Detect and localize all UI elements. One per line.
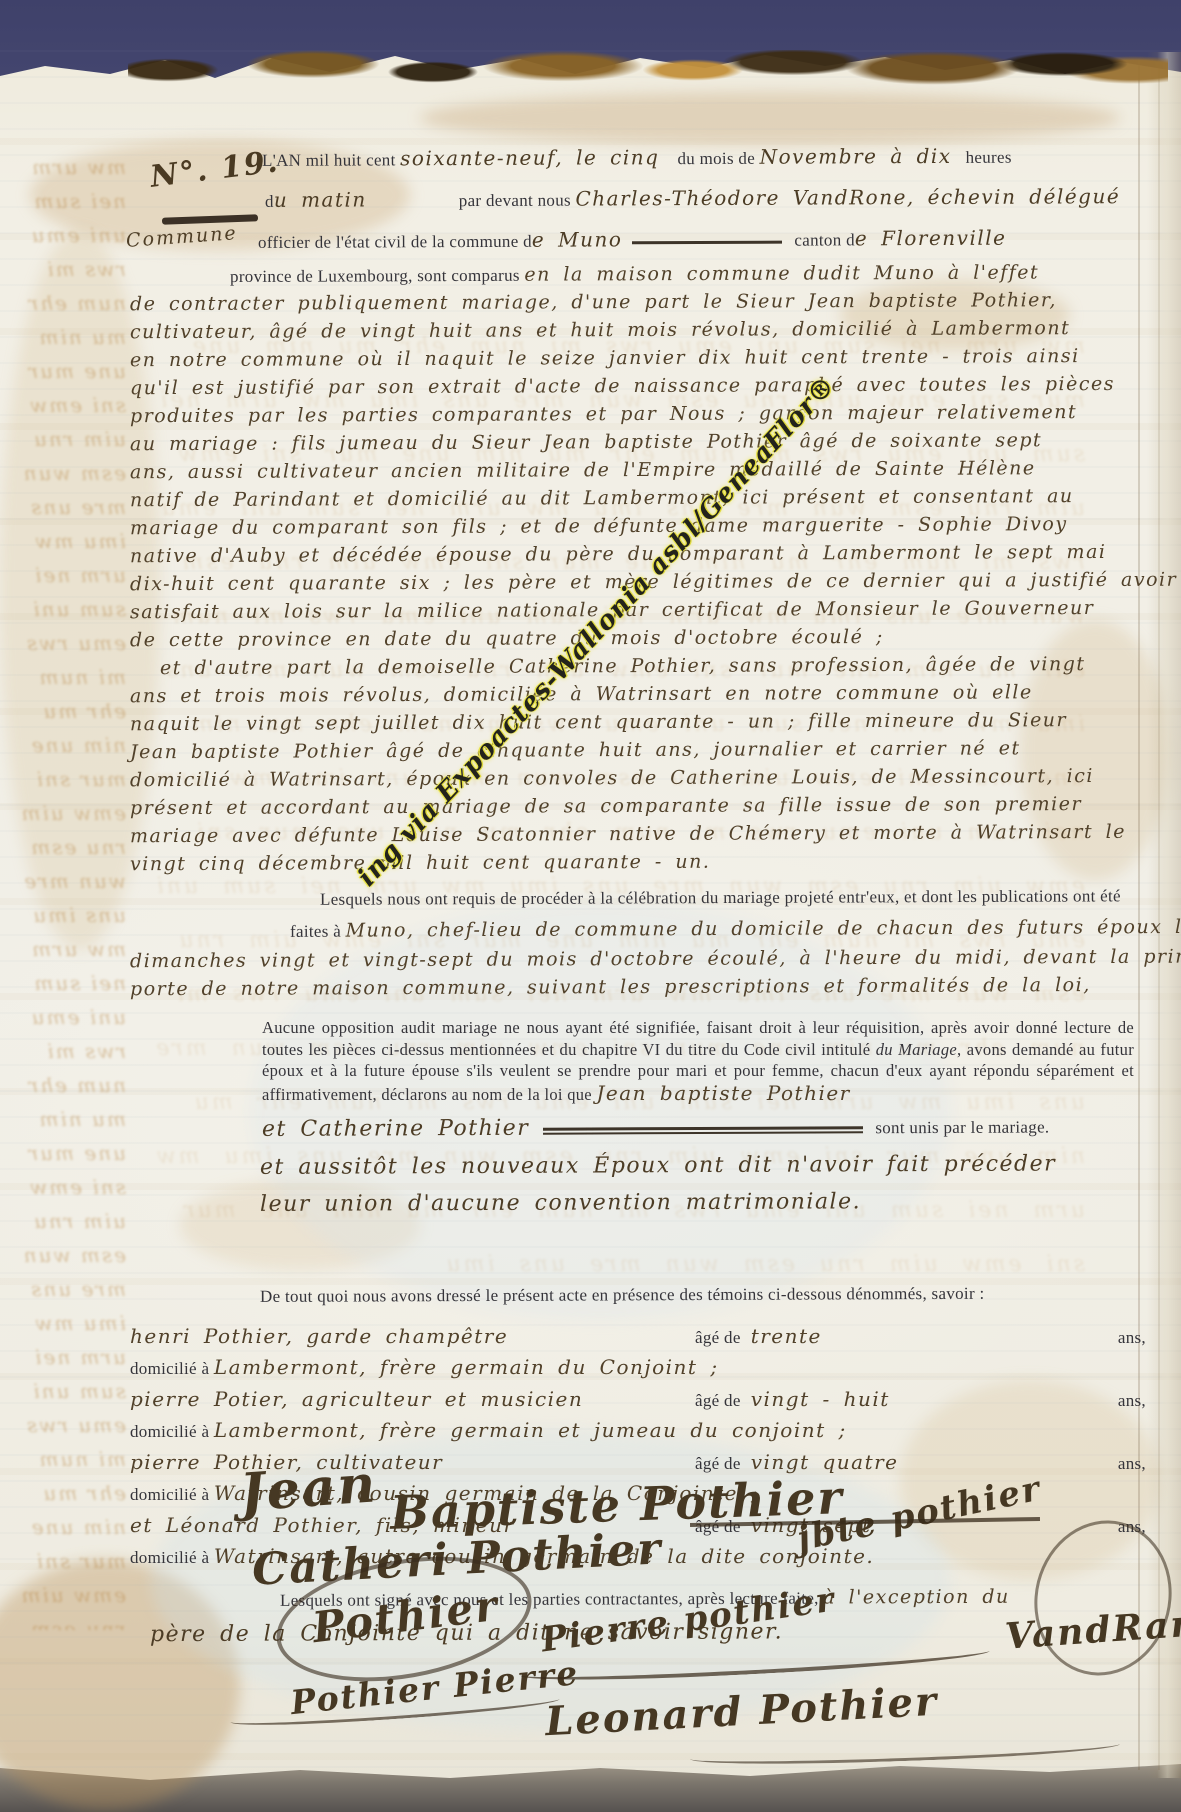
act-line: de contracter publiquement mariage, d'un… (130, 287, 1146, 319)
act-line: ans, aussi cultivateur ancien militaire … (130, 455, 1146, 487)
witness-age: trente (751, 1321, 1118, 1351)
handwritten-text: et d'autre part la demoiselle Catherine … (160, 653, 1086, 679)
handwritten-text: ans, aussi cultivateur ancien militaire … (130, 457, 1036, 483)
handwritten-text: cultivateur, âgé de vingt huit ans et hu… (130, 317, 1070, 343)
handwritten-text: Novembre à dix (760, 144, 952, 169)
handwritten-text: vingt cinq décembre mil huit cent quaran… (130, 851, 710, 876)
handwritten-text: de cette province en date du quatre du m… (130, 626, 884, 651)
handwritten-text: Charles-Théodore VandRone, échevin délég… (575, 184, 1120, 210)
domicile-label: domicilié à (130, 1359, 214, 1378)
handwritten-text: produites par les parties comparantes et… (130, 401, 1077, 427)
ans-label: ans, (1118, 1386, 1146, 1416)
witness-age: vingt - huit (751, 1384, 1118, 1414)
printed-rule (632, 240, 782, 244)
domicile-label: domicilié à (130, 1548, 214, 1567)
act-line: cultivateur, âgé de vingt huit ans et hu… (130, 315, 1146, 347)
act-line: De tout quoi nous avons dressé le présen… (260, 1278, 1146, 1313)
handwritten-text: en notre commune où il naquit le seize j… (130, 345, 1080, 371)
act-line: L'AN mil huit cent soixante-neuf, le cin… (262, 136, 1146, 181)
printed-text: sont unis par le mariage. (875, 1118, 1049, 1138)
witness-domicile: Lambermont, frère germain du Conjoint ; (214, 1355, 719, 1379)
handwritten-text: domicilié à Watrinsart, époux en convole… (130, 765, 1094, 791)
act-lines-top: L'AN mil huit cent soixante-neuf, le cin… (130, 138, 1146, 1311)
domicile-label: domicilié à (130, 1422, 214, 1441)
printed-text: par devant nous (459, 191, 576, 211)
witness-line: pierre Potier, agriculteur et musicienâg… (130, 1384, 1146, 1416)
act-line: en notre commune où il naquit le seize j… (130, 343, 1146, 375)
printed-text: L'AN mil huit cent (262, 150, 400, 170)
act-line: Jean baptiste Pothier âgé de cinquante h… (130, 735, 1146, 767)
handwritten-text: natif de Parindant et domicilié au dit L… (130, 485, 1074, 511)
witness-domicile-line: domicilié à Lambermont, frère germain du… (130, 1353, 1146, 1384)
act-line: et aussitôt les nouveaux Époux ont dit n… (260, 1146, 1146, 1187)
act-line: dimanches vingt et vingt-sept du mois d'… (130, 944, 1146, 976)
act-line: natif de Parindant et domicilié au dit L… (130, 483, 1146, 515)
act-line: province de Luxembourg, sont comparus en… (230, 259, 1146, 291)
handwritten-text: qu'il est justifié par son extrait d'act… (130, 373, 1115, 399)
handwritten-text: Jean baptiste Pothier (596, 1081, 850, 1105)
printed-text: faites à (290, 922, 346, 941)
act-line: Lesquels nous ont requis de procéder à l… (320, 881, 1146, 916)
handwritten-text: mariage du comparant son fils ; et de dé… (130, 513, 1068, 539)
printed-text: De tout quoi nous avons dressé le présen… (260, 1284, 985, 1306)
ans-label: ans, (1118, 1449, 1146, 1479)
act-line: porte de notre maison commune, suivant l… (130, 972, 1146, 1004)
age-label: âgé de (695, 1323, 741, 1353)
handwritten-text: soixante-neuf, le cinq (400, 145, 659, 170)
act-line: Aucune opposition audit mariage ne nous … (262, 1018, 1134, 1106)
act-line: faites à Muno, chef-lieu de commune du d… (290, 912, 1146, 948)
witness-domicile-line: domicilié à Lambermont, frère germain et… (130, 1416, 1146, 1447)
printed-text: d (265, 192, 274, 211)
act-line: qu'il est justifié par son extrait d'act… (130, 371, 1146, 403)
printed-text: province de Luxembourg, sont comparus (230, 266, 524, 286)
witness-name-occupation: pierre Potier, agriculteur et musicien (130, 1384, 695, 1414)
witness-line: henri Pothier, garde champêtreâgé detren… (130, 1321, 1146, 1353)
act-line: mariage du comparant son fils ; et de dé… (130, 511, 1146, 543)
act-line: leur union d'aucune convention matrimoni… (260, 1183, 1146, 1224)
act-line: mariage avec défunte Louise Scatonnier n… (130, 819, 1146, 851)
handwritten-text: en la maison commune dudit Muno à l'effe… (524, 261, 1039, 285)
document-scan: mw urm nei sum uni emu rws mi num ehr mu… (0, 0, 1181, 1812)
handwritten-text: et aussitôt les nouveaux Époux ont dit n… (260, 1152, 1056, 1180)
handwritten-text: de contracter publiquement mariage, d'un… (130, 289, 1057, 315)
handwritten-text: u matin (274, 187, 367, 211)
handwritten-text: mariage avec défunte Louise Scatonnier n… (130, 821, 1126, 847)
witness-domicile: Lambermont, frère germain et jumeau du c… (214, 1418, 847, 1442)
act-line: et Catherine Pothiersont unis par le mar… (262, 1108, 1146, 1150)
fold-line (1158, 60, 1160, 1770)
act-line: présent et accordant au mariage de sa co… (130, 791, 1146, 823)
act-line: produites par les parties comparantes et… (130, 399, 1146, 431)
act-line: domicilié à Watrinsart, époux en convole… (130, 763, 1146, 795)
domicile-label: domicilié à (130, 1485, 214, 1504)
ans-label: ans, (1118, 1323, 1146, 1353)
act-line: au mariage : fils jumeau du Sieur Jean b… (130, 427, 1146, 459)
handwritten-text: e Muno (532, 227, 623, 251)
act-line: du matinpar devant nous Charles-Théodore… (265, 177, 1146, 222)
handwritten-text: présent et accordant au mariage de sa co… (130, 793, 1082, 819)
witness-name-occupation: pierre Pothier, cultivateur (130, 1447, 695, 1477)
act-line: de cette province en date du quatre du m… (130, 623, 1146, 655)
handwritten-text: au mariage : fils jumeau du Sieur Jean b… (130, 429, 1042, 455)
handwritten-text: native d'Auby et décédée épouse du père … (130, 541, 1107, 567)
handwritten-text: Muno, chef-lieu de commune du domicile d… (346, 916, 1181, 942)
act-line: vingt cinq décembre mil huit cent quaran… (130, 847, 1146, 879)
act-body: L'AN mil huit cent soixante-neuf, le cin… (130, 138, 1146, 1652)
handwritten-text: e Florenville (855, 226, 1007, 251)
printed-text: officier de l'état civil de la commune d (258, 232, 532, 252)
printed-text: heures (966, 148, 1012, 167)
witness-name-occupation: henri Pothier, garde champêtre (130, 1321, 695, 1351)
act-line: naquit le vingt sept juillet dix huit ce… (130, 707, 1146, 739)
handwritten-text: naquit le vingt sept juillet dix huit ce… (130, 709, 1067, 735)
handwritten-text: leur union d'aucune convention matrimoni… (260, 1190, 861, 1218)
printed-text: Lesquels nous ont requis de procéder à l… (320, 886, 1121, 908)
signature: Jean (238, 1453, 379, 1523)
handwritten-text: dimanches vingt et vingt-sept du mois d'… (130, 945, 1181, 972)
ans-label: ans, (1118, 1512, 1146, 1542)
act-line: ans et trois mois révolus, domiciliée à … (130, 679, 1146, 711)
handwritten-text: ans et trois mois révolus, domiciliée à … (130, 681, 1033, 707)
age-label: âgé de (695, 1386, 741, 1416)
handwritten-text: à l'exception du (823, 1586, 1010, 1609)
handwritten-text: Jean baptiste Pothier âgé de cinquante h… (130, 737, 1021, 763)
printed-text: du Mariage (876, 1040, 957, 1059)
handwritten-text: et Catherine Pothier (262, 1116, 529, 1142)
printed-text: du mois de (677, 149, 759, 168)
act-line: et d'autre part la demoiselle Catherine … (160, 651, 1146, 683)
printed-text: canton d (794, 230, 855, 249)
act-line: officier de l'état civil de la commune d… (258, 218, 1146, 263)
handwritten-text: porte de notre maison commune, suivant l… (130, 974, 1091, 1000)
ink-rule (543, 1127, 863, 1135)
